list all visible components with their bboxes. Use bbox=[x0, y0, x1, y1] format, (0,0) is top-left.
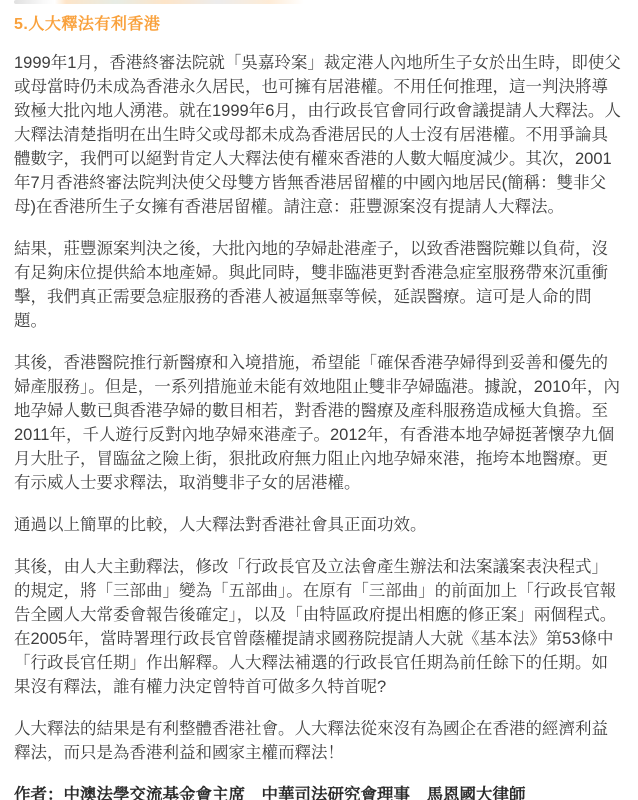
author-line: 作者：中澳法學交流基金會主席 中華司法研究會理事 馬恩國大律師 bbox=[14, 783, 624, 800]
paragraph-measures-and-protests: 其後，香港醫院推行新醫療和入境措施，希望能「確保香港孕婦得到妥善和優先的婦產服務… bbox=[14, 351, 624, 495]
clipped-previous-content bbox=[14, 0, 304, 4]
paragraph-right-of-abode-ruling: 1999年1月，香港終審法院就「吳嘉玲案」裁定港人內地所生子女於出生時，即使父或… bbox=[14, 51, 624, 219]
paragraph-comparison-conclusion: 通過以上簡單的比較，人大釋法對香港社會具正面功效。 bbox=[14, 513, 624, 537]
paragraph-overall-benefit: 人大釋法的結果是有利整體香港社會。人大釋法從來沒有為國企在香港的經濟利益釋法，而… bbox=[14, 717, 624, 765]
article-page: 5.人大釋法有利香港 1999年1月，香港終審法院就「吳嘉玲案」裁定港人內地所生… bbox=[0, 0, 638, 800]
paragraph-five-steps-interpretation: 其後，由人大主動釋法，修改「行政長官及立法會產生辦法和法案議案表決程式」的規定，… bbox=[14, 555, 624, 699]
section-heading: 5.人大釋法有利香港 bbox=[14, 14, 624, 36]
paragraph-hospital-overload: 結果，莊豐源案判決之後，大批內地的孕婦赴港產子，以致香港醫院難以負荷，沒有足夠床… bbox=[14, 237, 624, 333]
